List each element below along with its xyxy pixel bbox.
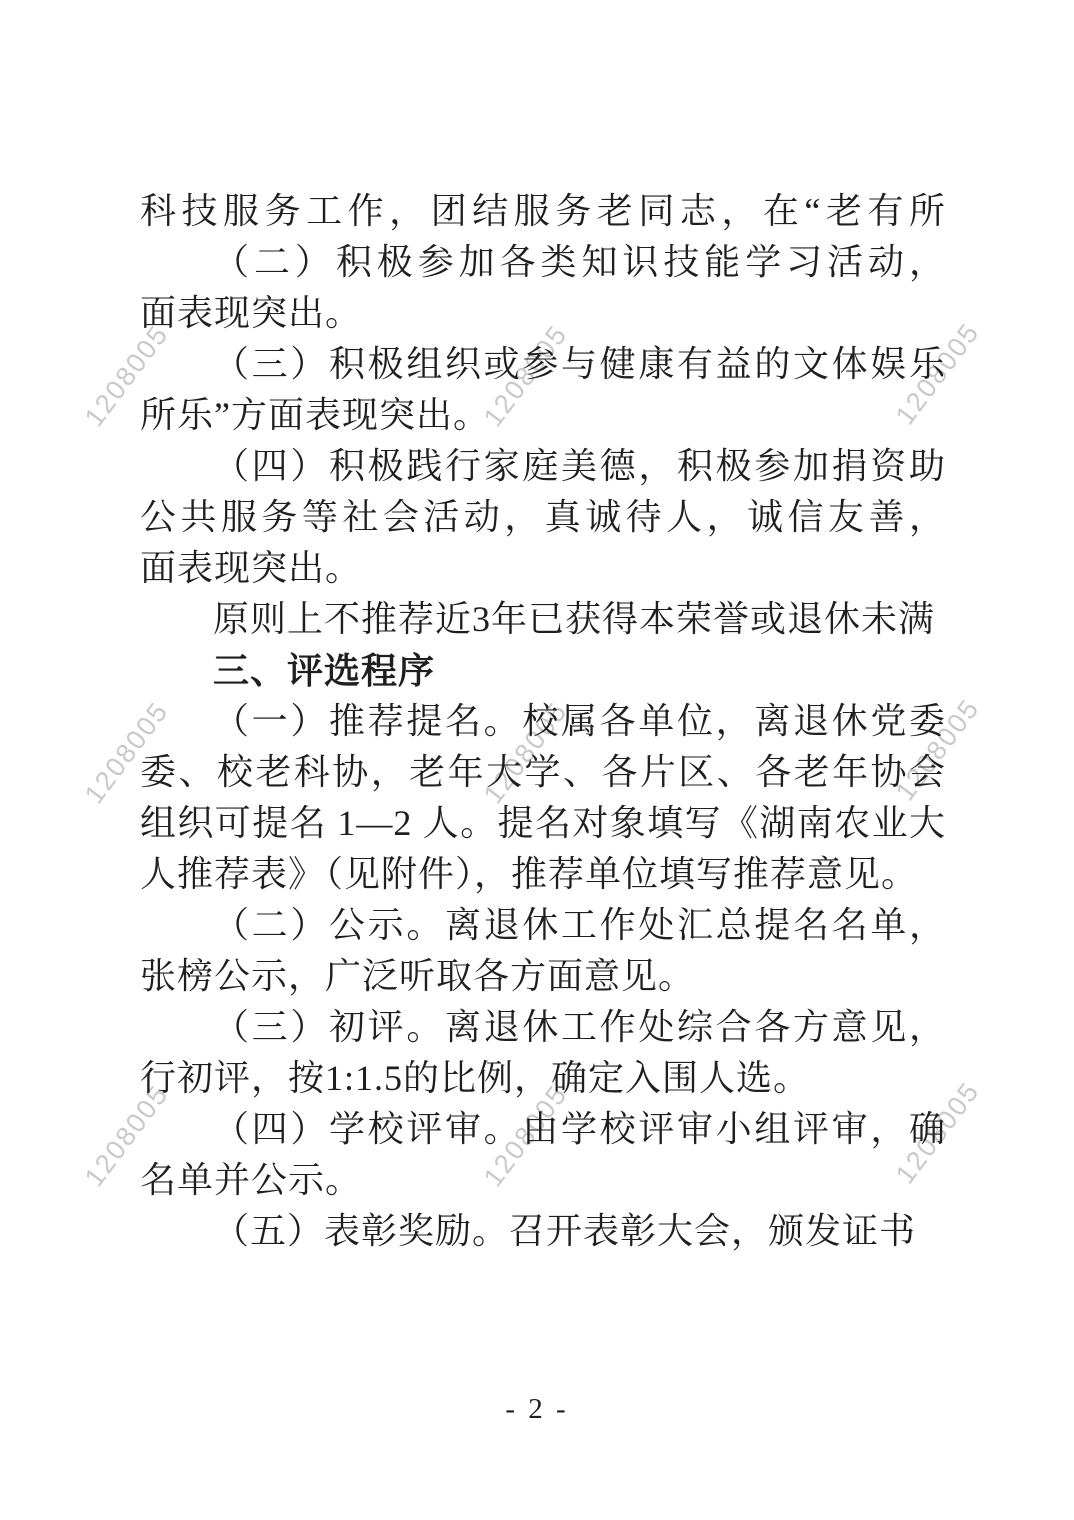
text-line: （二）积极参加各类知识技能学习活动，在“老有所学”方 (140, 237, 946, 288)
text-line: 张榜公示，广泛听取各方面意见。 (140, 951, 946, 1002)
text-line: （五）表彰奖励。召开表彰大会，颁发证书和奖金。 (140, 1206, 946, 1257)
text-line: 行初评，按1:1.5的比例，确定入围人选。 (140, 1053, 946, 1104)
text-line: （四）学校评审。由学校评审小组评审，确定最终表彰人员 (140, 1104, 946, 1155)
text-line: 公共服务等社会活动，真诚待人，诚信友善，在“老而有德”方 (140, 492, 946, 543)
document-body: 科技服务工作，团结服务老同志，在“老有所为”方面表现突出。（二）积极参加各类知识… (140, 186, 946, 1257)
text-line: 面表现突出。 (140, 288, 946, 339)
text-line: （三）初评。离退休工作处综合各方意见，组织相关人员进 (140, 1002, 946, 1053)
text-line: 人推荐表》（见附件），推荐单位填写推荐意见。 (140, 849, 946, 900)
text-line: 面表现突出。 (140, 543, 946, 594)
text-line: 所乐”方面表现突出。 (140, 390, 946, 441)
text-line: （四）积极践行家庭美德，积极参加捐资助学、扶残助残、 (140, 441, 946, 492)
text-line: （一）推荐提名。校属各单位，离退休党委各党支部，校关工 (140, 696, 946, 747)
section-heading: 三、评选程序 (140, 645, 946, 696)
text-line: （三）积极组织或参与健康有益的文体娱乐活动，在“老有 (140, 339, 946, 390)
text-line: 原则上不推荐近3年已获得本荣誉或退休未满5年的人员。 (140, 594, 946, 645)
text-line: 组织可提名 1—2 人。提名对象填写《湖南农业大学离退休先进个 (140, 798, 946, 849)
page-number: - 2 - (0, 1393, 1074, 1426)
text-line: 名单并公示。 (140, 1155, 946, 1206)
document-page: 1208005120800512080051208005120800512080… (0, 0, 1074, 1520)
text-line: 科技服务工作，团结服务老同志，在“老有所为”方面表现突出。 (140, 186, 946, 237)
text-line: 委、校老科协，老年大学、各片区、各老年协会进行提名，每个 (140, 747, 946, 798)
text-line: （二）公示。离退休工作处汇总提名名单，进行资格审查， (140, 900, 946, 951)
